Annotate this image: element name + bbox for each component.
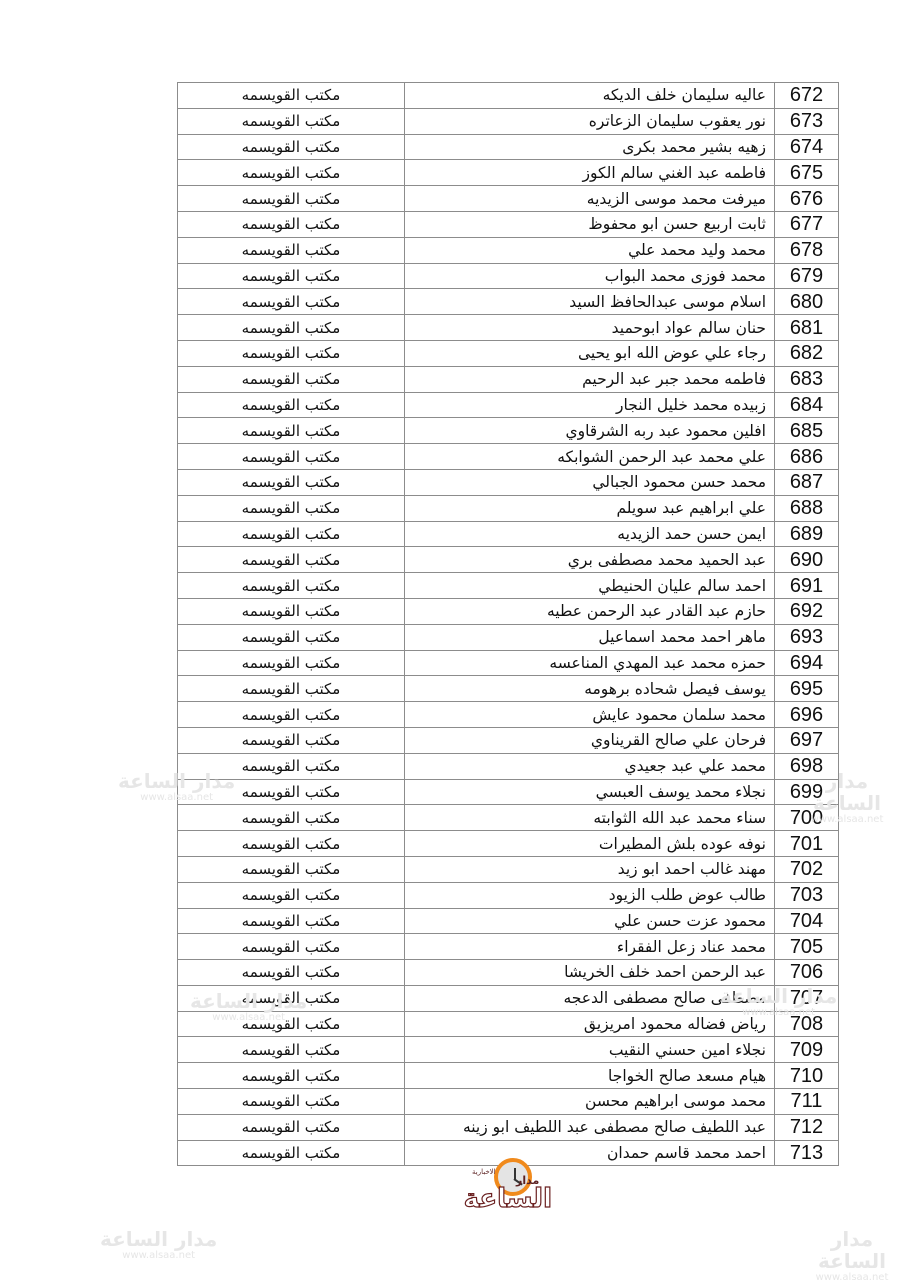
- row-office: مكتب القويسمه: [178, 315, 405, 341]
- row-name: رجاء علي عوض الله ابو يحيى: [405, 340, 775, 366]
- row-number: 703: [775, 882, 839, 908]
- row-name: فاطمه محمد جبر عبد الرحيم: [405, 366, 775, 392]
- table-row: 687محمد حسن محمود الجباليمكتب القويسمه: [178, 469, 839, 495]
- row-office: مكتب القويسمه: [178, 573, 405, 599]
- row-name: ماهر احمد محمد اسماعيل: [405, 624, 775, 650]
- table-row: 707مصطفى صالح مصطفى الدعجهمكتب القويسمه: [178, 985, 839, 1011]
- row-number: 685: [775, 418, 839, 444]
- table-row: 702مهند غالب احمد ابو زيدمكتب القويسمه: [178, 856, 839, 882]
- row-number: 713: [775, 1140, 839, 1166]
- table-row: 682رجاء علي عوض الله ابو يحيىمكتب القويس…: [178, 340, 839, 366]
- row-office: مكتب القويسمه: [178, 263, 405, 289]
- table-row: 683فاطمه محمد جبر عبد الرحيممكتب القويسم…: [178, 366, 839, 392]
- row-office: مكتب القويسمه: [178, 960, 405, 986]
- table-row: 712عبد اللطيف صالح مصطفى عبد اللطيف ابو …: [178, 1114, 839, 1140]
- table-row: 674زهيه بشير محمد بكرىمكتب القويسمه: [178, 134, 839, 160]
- row-number: 701: [775, 831, 839, 857]
- watermark-bottom-right: مدار الساعة www.alsaa.net: [800, 1228, 904, 1280]
- logo-subtitle: الاخبارية: [472, 1168, 496, 1176]
- row-office: مكتب القويسمه: [178, 108, 405, 134]
- row-office: مكتب القويسمه: [178, 779, 405, 805]
- row-number: 688: [775, 495, 839, 521]
- row-office: مكتب القويسمه: [178, 882, 405, 908]
- row-number: 674: [775, 134, 839, 160]
- table-row: 690عبد الحميد محمد مصطفى بريمكتب القويسم…: [178, 547, 839, 573]
- row-name: اسلام موسى عبدالحافظ السيد: [405, 289, 775, 315]
- row-office: مكتب القويسمه: [178, 856, 405, 882]
- table-row: 685افلين محمود عبد ربه الشرقاويمكتب القو…: [178, 418, 839, 444]
- row-number: 693: [775, 624, 839, 650]
- table-row: 672عاليه سليمان خلف الديكهمكتب القويسمه: [178, 83, 839, 109]
- row-office: مكتب القويسمه: [178, 444, 405, 470]
- row-office: مكتب القويسمه: [178, 1011, 405, 1037]
- row-name: رياض فضاله محمود امريزيق: [405, 1011, 775, 1037]
- table-body: 672عاليه سليمان خلف الديكهمكتب القويسمه6…: [178, 83, 839, 1166]
- row-name: ايمن حسن حمد الزيديه: [405, 521, 775, 547]
- row-number: 706: [775, 960, 839, 986]
- row-name: سناء محمد عبد الله الثوابته: [405, 805, 775, 831]
- watermark-url: www.alsaa.net: [100, 1250, 217, 1261]
- row-office: مكتب القويسمه: [178, 908, 405, 934]
- table-row: 692حازم عبد القادر عبد الرحمن عطيهمكتب ا…: [178, 598, 839, 624]
- row-number: 705: [775, 934, 839, 960]
- row-office: مكتب القويسمه: [178, 469, 405, 495]
- table-row: 698محمد علي عبد جعيديمكتب القويسمه: [178, 753, 839, 779]
- row-number: 704: [775, 908, 839, 934]
- row-name: نوفه عوده بلش المطيرات: [405, 831, 775, 857]
- row-office: مكتب القويسمه: [178, 366, 405, 392]
- row-number: 683: [775, 366, 839, 392]
- table-row: 676ميرفت محمد موسى الزيديهمكتب القويسمه: [178, 186, 839, 212]
- row-number: 694: [775, 650, 839, 676]
- row-name: نجلاء محمد يوسف العبسي: [405, 779, 775, 805]
- table-row: 677ثابت اربيع حسن ابو محفوظمكتب القويسمه: [178, 211, 839, 237]
- row-name: فاطمه عبد الغني سالم الكوز: [405, 160, 775, 186]
- row-name: حازم عبد القادر عبد الرحمن عطيه: [405, 598, 775, 624]
- row-name: حنان سالم عواد ابوحميد: [405, 315, 775, 341]
- table-row: 686علي محمد عبد الرحمن الشوابكهمكتب القو…: [178, 444, 839, 470]
- row-name: افلين محمود عبد ربه الشرقاوي: [405, 418, 775, 444]
- table-row: 689ايمن حسن حمد الزيديهمكتب القويسمه: [178, 521, 839, 547]
- row-name: عبد الحميد محمد مصطفى بري: [405, 547, 775, 573]
- row-number: 682: [775, 340, 839, 366]
- row-number: 708: [775, 1011, 839, 1037]
- table-row: 695يوسف فيصل شحاده برهومهمكتب القويسمه: [178, 676, 839, 702]
- row-office: مكتب القويسمه: [178, 418, 405, 444]
- row-office: مكتب القويسمه: [178, 289, 405, 315]
- row-office: مكتب القويسمه: [178, 805, 405, 831]
- row-number: 696: [775, 702, 839, 728]
- row-name: محمد عناد زعل الفقراء: [405, 934, 775, 960]
- table-row: 699نجلاء محمد يوسف العبسيمكتب القويسمه: [178, 779, 839, 805]
- table-row: 678محمد وليد محمد عليمكتب القويسمه: [178, 237, 839, 263]
- row-office: مكتب القويسمه: [178, 547, 405, 573]
- row-office: مكتب القويسمه: [178, 676, 405, 702]
- row-number: 691: [775, 573, 839, 599]
- row-office: مكتب القويسمه: [178, 211, 405, 237]
- row-office: مكتب القويسمه: [178, 650, 405, 676]
- row-name: احمد سالم عليان الحنيطي: [405, 573, 775, 599]
- row-office: مكتب القويسمه: [178, 598, 405, 624]
- table-row: 700سناء محمد عبد الله الثوابتهمكتب القوي…: [178, 805, 839, 831]
- row-office: مكتب القويسمه: [178, 83, 405, 109]
- site-logo: الاخبارية مدار الساعة: [472, 1158, 552, 1218]
- row-name: محمد فوزى محمد البواب: [405, 263, 775, 289]
- row-number: 710: [775, 1063, 839, 1089]
- row-office: مكتب القويسمه: [178, 1089, 405, 1115]
- row-office: مكتب القويسمه: [178, 392, 405, 418]
- row-office: مكتب القويسمه: [178, 134, 405, 160]
- row-number: 672: [775, 83, 839, 109]
- row-number: 709: [775, 1037, 839, 1063]
- row-number: 697: [775, 727, 839, 753]
- row-number: 686: [775, 444, 839, 470]
- table-row: 705محمد عناد زعل الفقراءمكتب القويسمه: [178, 934, 839, 960]
- table-row: 691احمد سالم عليان الحنيطيمكتب القويسمه: [178, 573, 839, 599]
- row-name: زهيه بشير محمد بكرى: [405, 134, 775, 160]
- watermark-bottom-left: مدار الساعة www.alsaa.net: [100, 1228, 217, 1261]
- row-office: مكتب القويسمه: [178, 702, 405, 728]
- row-name: هيام مسعد صالح الخواجا: [405, 1063, 775, 1089]
- row-name: زبيده محمد خليل النجار: [405, 392, 775, 418]
- row-name: علي محمد عبد الرحمن الشوابكه: [405, 444, 775, 470]
- row-number: 687: [775, 469, 839, 495]
- row-number: 677: [775, 211, 839, 237]
- row-office: مكتب القويسمه: [178, 160, 405, 186]
- table-row: 708رياض فضاله محمود امريزيقمكتب القويسمه: [178, 1011, 839, 1037]
- row-name: علي ابراهيم عبد سويلم: [405, 495, 775, 521]
- table-row: 709نجلاء امين حسني النقيبمكتب القويسمه: [178, 1037, 839, 1063]
- row-office: مكتب القويسمه: [178, 1114, 405, 1140]
- row-office: مكتب القويسمه: [178, 237, 405, 263]
- row-name: مصطفى صالح مصطفى الدعجه: [405, 985, 775, 1011]
- row-number: 695: [775, 676, 839, 702]
- table-row: 673نور يعقوب سليمان الزعاترهمكتب القويسم…: [178, 108, 839, 134]
- table-row: 703طالب عوض طلب الزيودمكتب القويسمه: [178, 882, 839, 908]
- row-office: مكتب القويسمه: [178, 1037, 405, 1063]
- row-office: مكتب القويسمه: [178, 521, 405, 547]
- row-name: محمد موسى ابراهيم محسن: [405, 1089, 775, 1115]
- row-name: محمد وليد محمد علي: [405, 237, 775, 263]
- table-row: 693ماهر احمد محمد اسماعيلمكتب القويسمه: [178, 624, 839, 650]
- row-name: ميرفت محمد موسى الزيديه: [405, 186, 775, 212]
- row-number: 678: [775, 237, 839, 263]
- row-number: 684: [775, 392, 839, 418]
- table-row: 684زبيده محمد خليل النجارمكتب القويسمه: [178, 392, 839, 418]
- row-number: 690: [775, 547, 839, 573]
- row-office: مكتب القويسمه: [178, 1140, 405, 1166]
- row-office: مكتب القويسمه: [178, 753, 405, 779]
- row-name: احمد محمد قاسم حمدان: [405, 1140, 775, 1166]
- row-office: مكتب القويسمه: [178, 340, 405, 366]
- row-number: 681: [775, 315, 839, 341]
- row-name: نور يعقوب سليمان الزعاتره: [405, 108, 775, 134]
- table-row: 694حمزه محمد عبد المهدي المناعسهمكتب الق…: [178, 650, 839, 676]
- row-number: 702: [775, 856, 839, 882]
- watermark-title: مدار الساعة: [100, 1228, 217, 1250]
- row-number: 679: [775, 263, 839, 289]
- row-number: 712: [775, 1114, 839, 1140]
- row-name: محمد سلمان محمود عايش: [405, 702, 775, 728]
- names-table: 672عاليه سليمان خلف الديكهمكتب القويسمه6…: [177, 82, 839, 1166]
- row-number: 711: [775, 1089, 839, 1115]
- table-row: 701نوفه عوده بلش المطيراتمكتب القويسمه: [178, 831, 839, 857]
- row-name: عبد اللطيف صالح مصطفى عبد اللطيف ابو زين…: [405, 1114, 775, 1140]
- table-row: 706عبد الرحمن احمد خلف الخريشامكتب القوي…: [178, 960, 839, 986]
- row-office: مكتب القويسمه: [178, 727, 405, 753]
- row-number: 673: [775, 108, 839, 134]
- table-row: 680اسلام موسى عبدالحافظ السيدمكتب القويس…: [178, 289, 839, 315]
- logo-main-text: الساعة: [472, 1184, 552, 1214]
- row-number: 707: [775, 985, 839, 1011]
- table-row: 711محمد موسى ابراهيم محسنمكتب القويسمه: [178, 1089, 839, 1115]
- row-name: عبد الرحمن احمد خلف الخريشا: [405, 960, 775, 986]
- row-number: 676: [775, 186, 839, 212]
- row-number: 699: [775, 779, 839, 805]
- table-row: 679محمد فوزى محمد البوابمكتب القويسمه: [178, 263, 839, 289]
- watermark-url: www.alsaa.net: [800, 1272, 904, 1280]
- row-name: نجلاء امين حسني النقيب: [405, 1037, 775, 1063]
- row-office: مكتب القويسمه: [178, 1063, 405, 1089]
- row-number: 700: [775, 805, 839, 831]
- watermark-title: مدار الساعة: [800, 1228, 904, 1272]
- row-name: يوسف فيصل شحاده برهومه: [405, 676, 775, 702]
- row-name: فرحان علي صالح القريناوي: [405, 727, 775, 753]
- table-row: 697فرحان علي صالح القريناويمكتب القويسمه: [178, 727, 839, 753]
- row-name: طالب عوض طلب الزيود: [405, 882, 775, 908]
- table-row: 675فاطمه عبد الغني سالم الكوزمكتب القويس…: [178, 160, 839, 186]
- table-row: 688علي ابراهيم عبد سويلممكتب القويسمه: [178, 495, 839, 521]
- table-row: 696محمد سلمان محمود عايشمكتب القويسمه: [178, 702, 839, 728]
- table-row: 681حنان سالم عواد ابوحميدمكتب القويسمه: [178, 315, 839, 341]
- row-number: 680: [775, 289, 839, 315]
- table-row: 710هيام مسعد صالح الخواجامكتب القويسمه: [178, 1063, 839, 1089]
- row-name: محمد علي عبد جعيدي: [405, 753, 775, 779]
- row-name: محمود عزت حسن علي: [405, 908, 775, 934]
- row-office: مكتب القويسمه: [178, 831, 405, 857]
- row-name: حمزه محمد عبد المهدي المناعسه: [405, 650, 775, 676]
- row-office: مكتب القويسمه: [178, 186, 405, 212]
- row-office: مكتب القويسمه: [178, 495, 405, 521]
- row-number: 675: [775, 160, 839, 186]
- row-name: عاليه سليمان خلف الديكه: [405, 83, 775, 109]
- row-office: مكتب القويسمه: [178, 624, 405, 650]
- row-office: مكتب القويسمه: [178, 934, 405, 960]
- row-number: 698: [775, 753, 839, 779]
- table-row: 704محمود عزت حسن عليمكتب القويسمه: [178, 908, 839, 934]
- row-office: مكتب القويسمه: [178, 985, 405, 1011]
- row-number: 692: [775, 598, 839, 624]
- row-name: محمد حسن محمود الجبالي: [405, 469, 775, 495]
- row-number: 689: [775, 521, 839, 547]
- row-name: مهند غالب احمد ابو زيد: [405, 856, 775, 882]
- row-name: ثابت اربيع حسن ابو محفوظ: [405, 211, 775, 237]
